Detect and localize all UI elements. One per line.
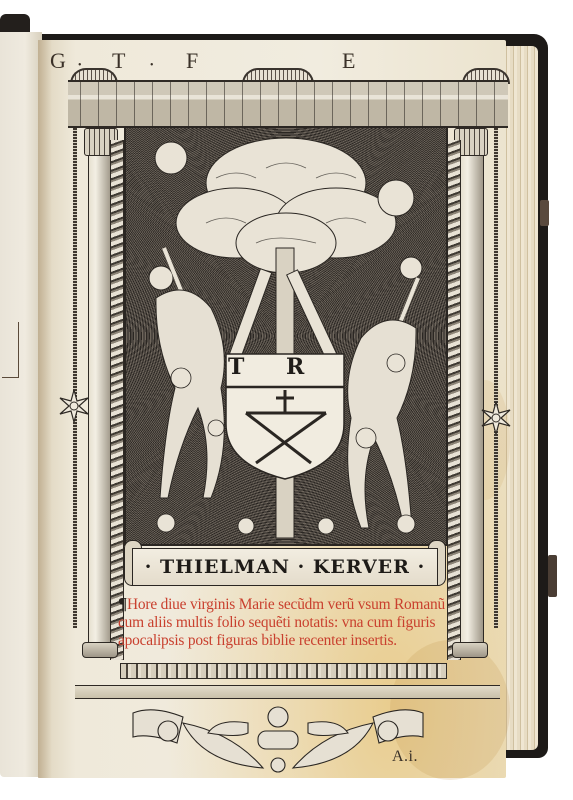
gutter-shadow (38, 40, 52, 778)
separator-dot: • (150, 60, 155, 71)
signature-letter-g: G (50, 48, 67, 74)
signature-letter-t: T (112, 48, 126, 74)
title-imprint: ¶Hore diue virginis Marie secũdm verũ vs… (118, 595, 456, 650)
right-column-base (452, 642, 488, 658)
imprint-line-3: apocalipsis post figuras biblie recenter… (118, 632, 456, 650)
woodcut-printers-device (124, 126, 448, 546)
plinth (75, 685, 500, 699)
signature-letter-e: E (342, 48, 356, 74)
entablature (68, 80, 508, 128)
star-ornament-right-icon (480, 402, 512, 434)
clasp-lower (548, 555, 557, 597)
star-ornament-left-icon (58, 390, 90, 422)
bottom-frieze (120, 663, 447, 679)
shield-initial-t: T (228, 354, 244, 380)
cherub-scroll-ornament-icon (128, 703, 428, 773)
woodcut-illustration (126, 128, 446, 544)
left-page-ink-mark (2, 322, 19, 378)
clasp-upper (540, 200, 549, 226)
signature-mark: A.i. (392, 748, 418, 766)
printer-name: · THIELMAN · KERVER · (145, 556, 425, 578)
imprint-text-1: Hore diue virginis Marie secũdm verũ vsu… (127, 596, 445, 613)
facing-left-page (0, 32, 42, 777)
imprint-line-2: cum aliis multis folio sequẽti notatis: … (118, 614, 456, 632)
book-photograph: G • T • F E (0, 0, 573, 800)
signature-letter-f: F (186, 48, 199, 74)
right-rope-molding (447, 140, 461, 660)
binding-corner (0, 14, 30, 34)
shield-initial-r: R (286, 354, 304, 380)
left-rope-molding (110, 140, 124, 660)
left-column-base (82, 642, 118, 658)
right-staff (494, 128, 498, 628)
left-column (88, 156, 112, 656)
left-staff (73, 128, 77, 628)
pilcrow-icon: ¶ (118, 594, 127, 613)
imprint-line-1: ¶Hore diue virginis Marie secũdm verũ vs… (118, 595, 456, 614)
printer-name-banner: · THIELMAN · KERVER · (132, 548, 438, 586)
